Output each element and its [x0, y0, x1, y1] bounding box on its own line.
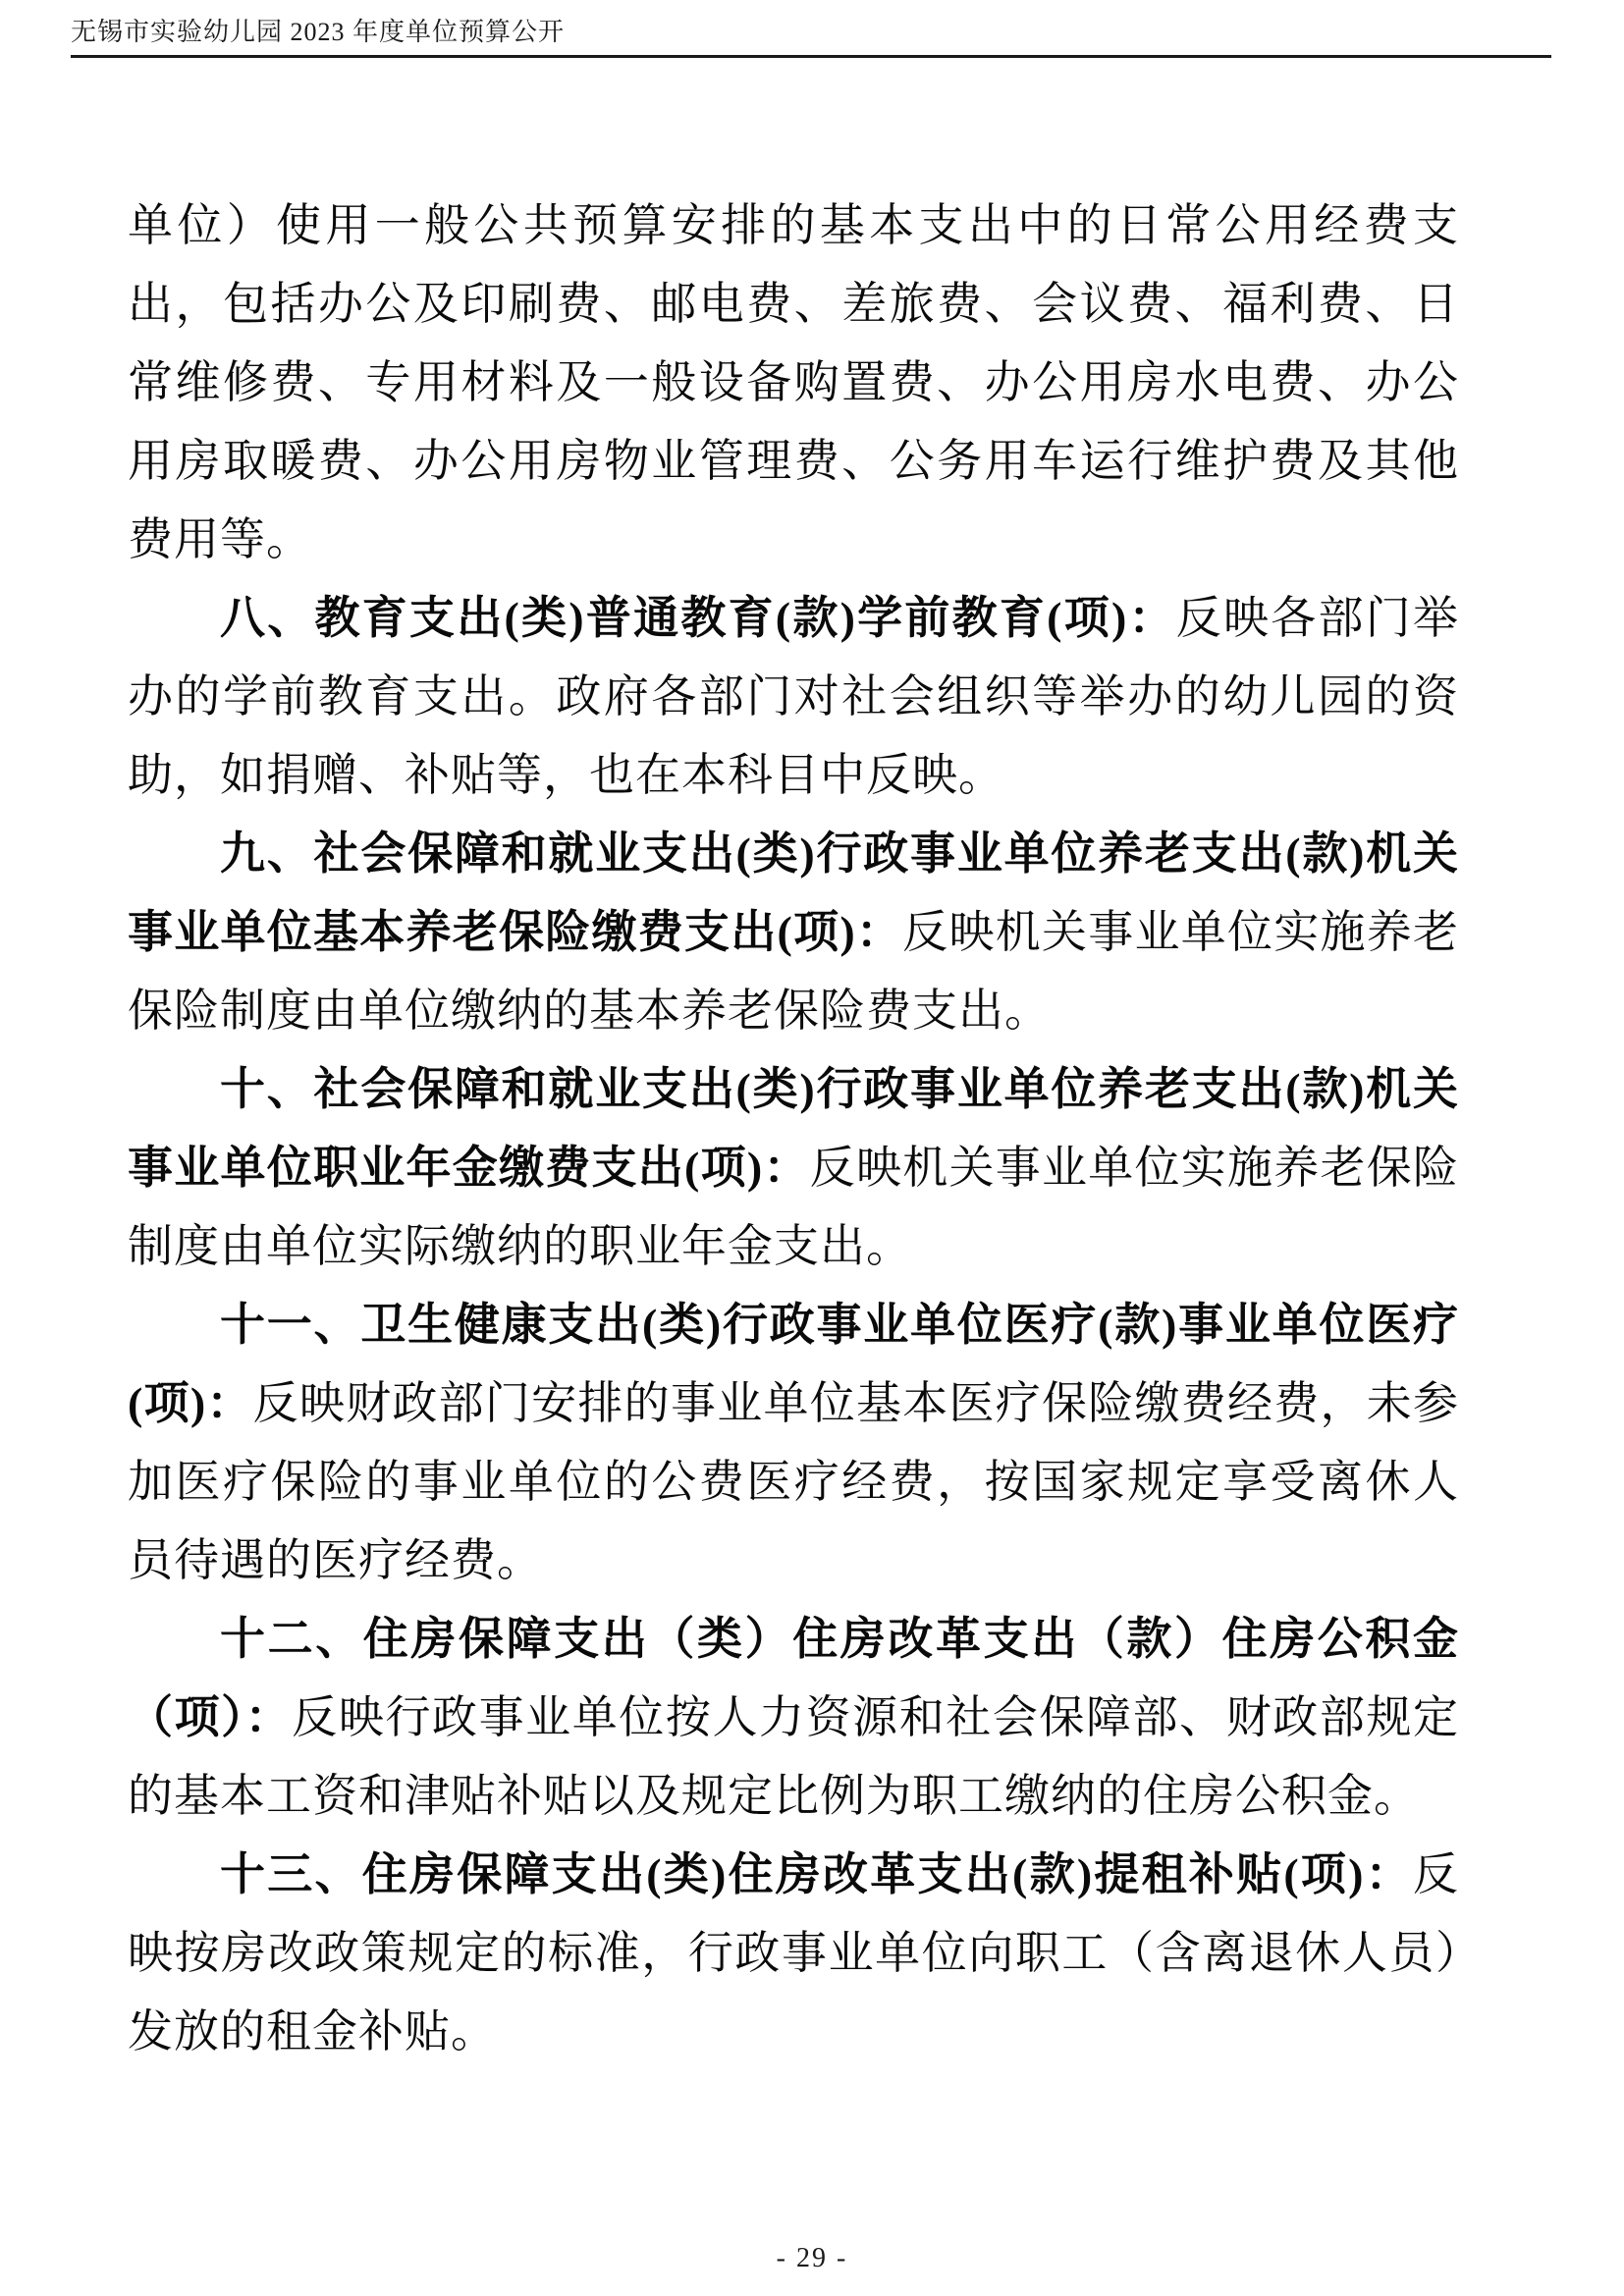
- paragraph: 十二、住房保障支出（类）住房改革支出（款）住房公积金（项）：反映行政事业单位按人…: [128, 1600, 1459, 1836]
- paragraph-lead: 十三、住房保障支出(类)住房改革支出(款)提租补贴(项)：: [220, 1849, 1413, 1899]
- header-rule: [71, 55, 1551, 58]
- paragraph: 单位）使用一般公共预算安排的基本支出中的日常公用经费支出，包括办公及印刷费、邮电…: [128, 187, 1459, 579]
- page-number: - 29 -: [777, 2243, 848, 2273]
- paragraph: 九、社会保障和就业支出(类)行政事业单位养老支出(款)机关事业单位基本养老保险缴…: [128, 815, 1459, 1050]
- paragraph: 十三、住房保障支出(类)住房改革支出(款)提租补贴(项)：反映按房改政策规定的标…: [128, 1836, 1459, 2071]
- paragraph: 十一、卫生健康支出(类)行政事业单位医疗(款)事业单位医疗(项)：反映财政部门安…: [128, 1286, 1459, 1600]
- document-page: 无锡市实验幼儿园 2023 年度单位预算公开 单位）使用一般公共预算安排的基本支…: [0, 0, 1624, 2296]
- paragraph: 十、社会保障和就业支出(类)行政事业单位养老支出(款)机关事业单位职业年金缴费支…: [128, 1050, 1459, 1286]
- paragraph-text: 单位）使用一般公共预算安排的基本支出中的日常公用经费支出，包括办公及印刷费、邮电…: [128, 200, 1459, 564]
- paragraph-text: 反映行政事业单位按人力资源和社会保障部、财政部规定的基本工资和津贴补贴以及规定比…: [128, 1692, 1459, 1821]
- page-header: 无锡市实验幼儿园 2023 年度单位预算公开: [71, 16, 1551, 66]
- paragraph-lead: 八、教育支出(类)普通教育(款)学前教育(项)：: [220, 593, 1176, 643]
- paragraph-text: 反映财政部门安排的事业单位基本医疗保险缴费经费，未参加医疗保险的事业单位的公费医…: [128, 1378, 1459, 1585]
- header-title: 无锡市实验幼儿园 2023 年度单位预算公开: [71, 16, 1551, 49]
- paragraph: 八、教育支出(类)普通教育(款)学前教育(项)：反映各部门举办的学前教育支出。政…: [128, 579, 1459, 815]
- page-footer: - 29 -: [0, 2243, 1624, 2274]
- document-body: 单位）使用一般公共预算安排的基本支出中的日常公用经费支出，包括办公及印刷费、邮电…: [128, 187, 1459, 2071]
